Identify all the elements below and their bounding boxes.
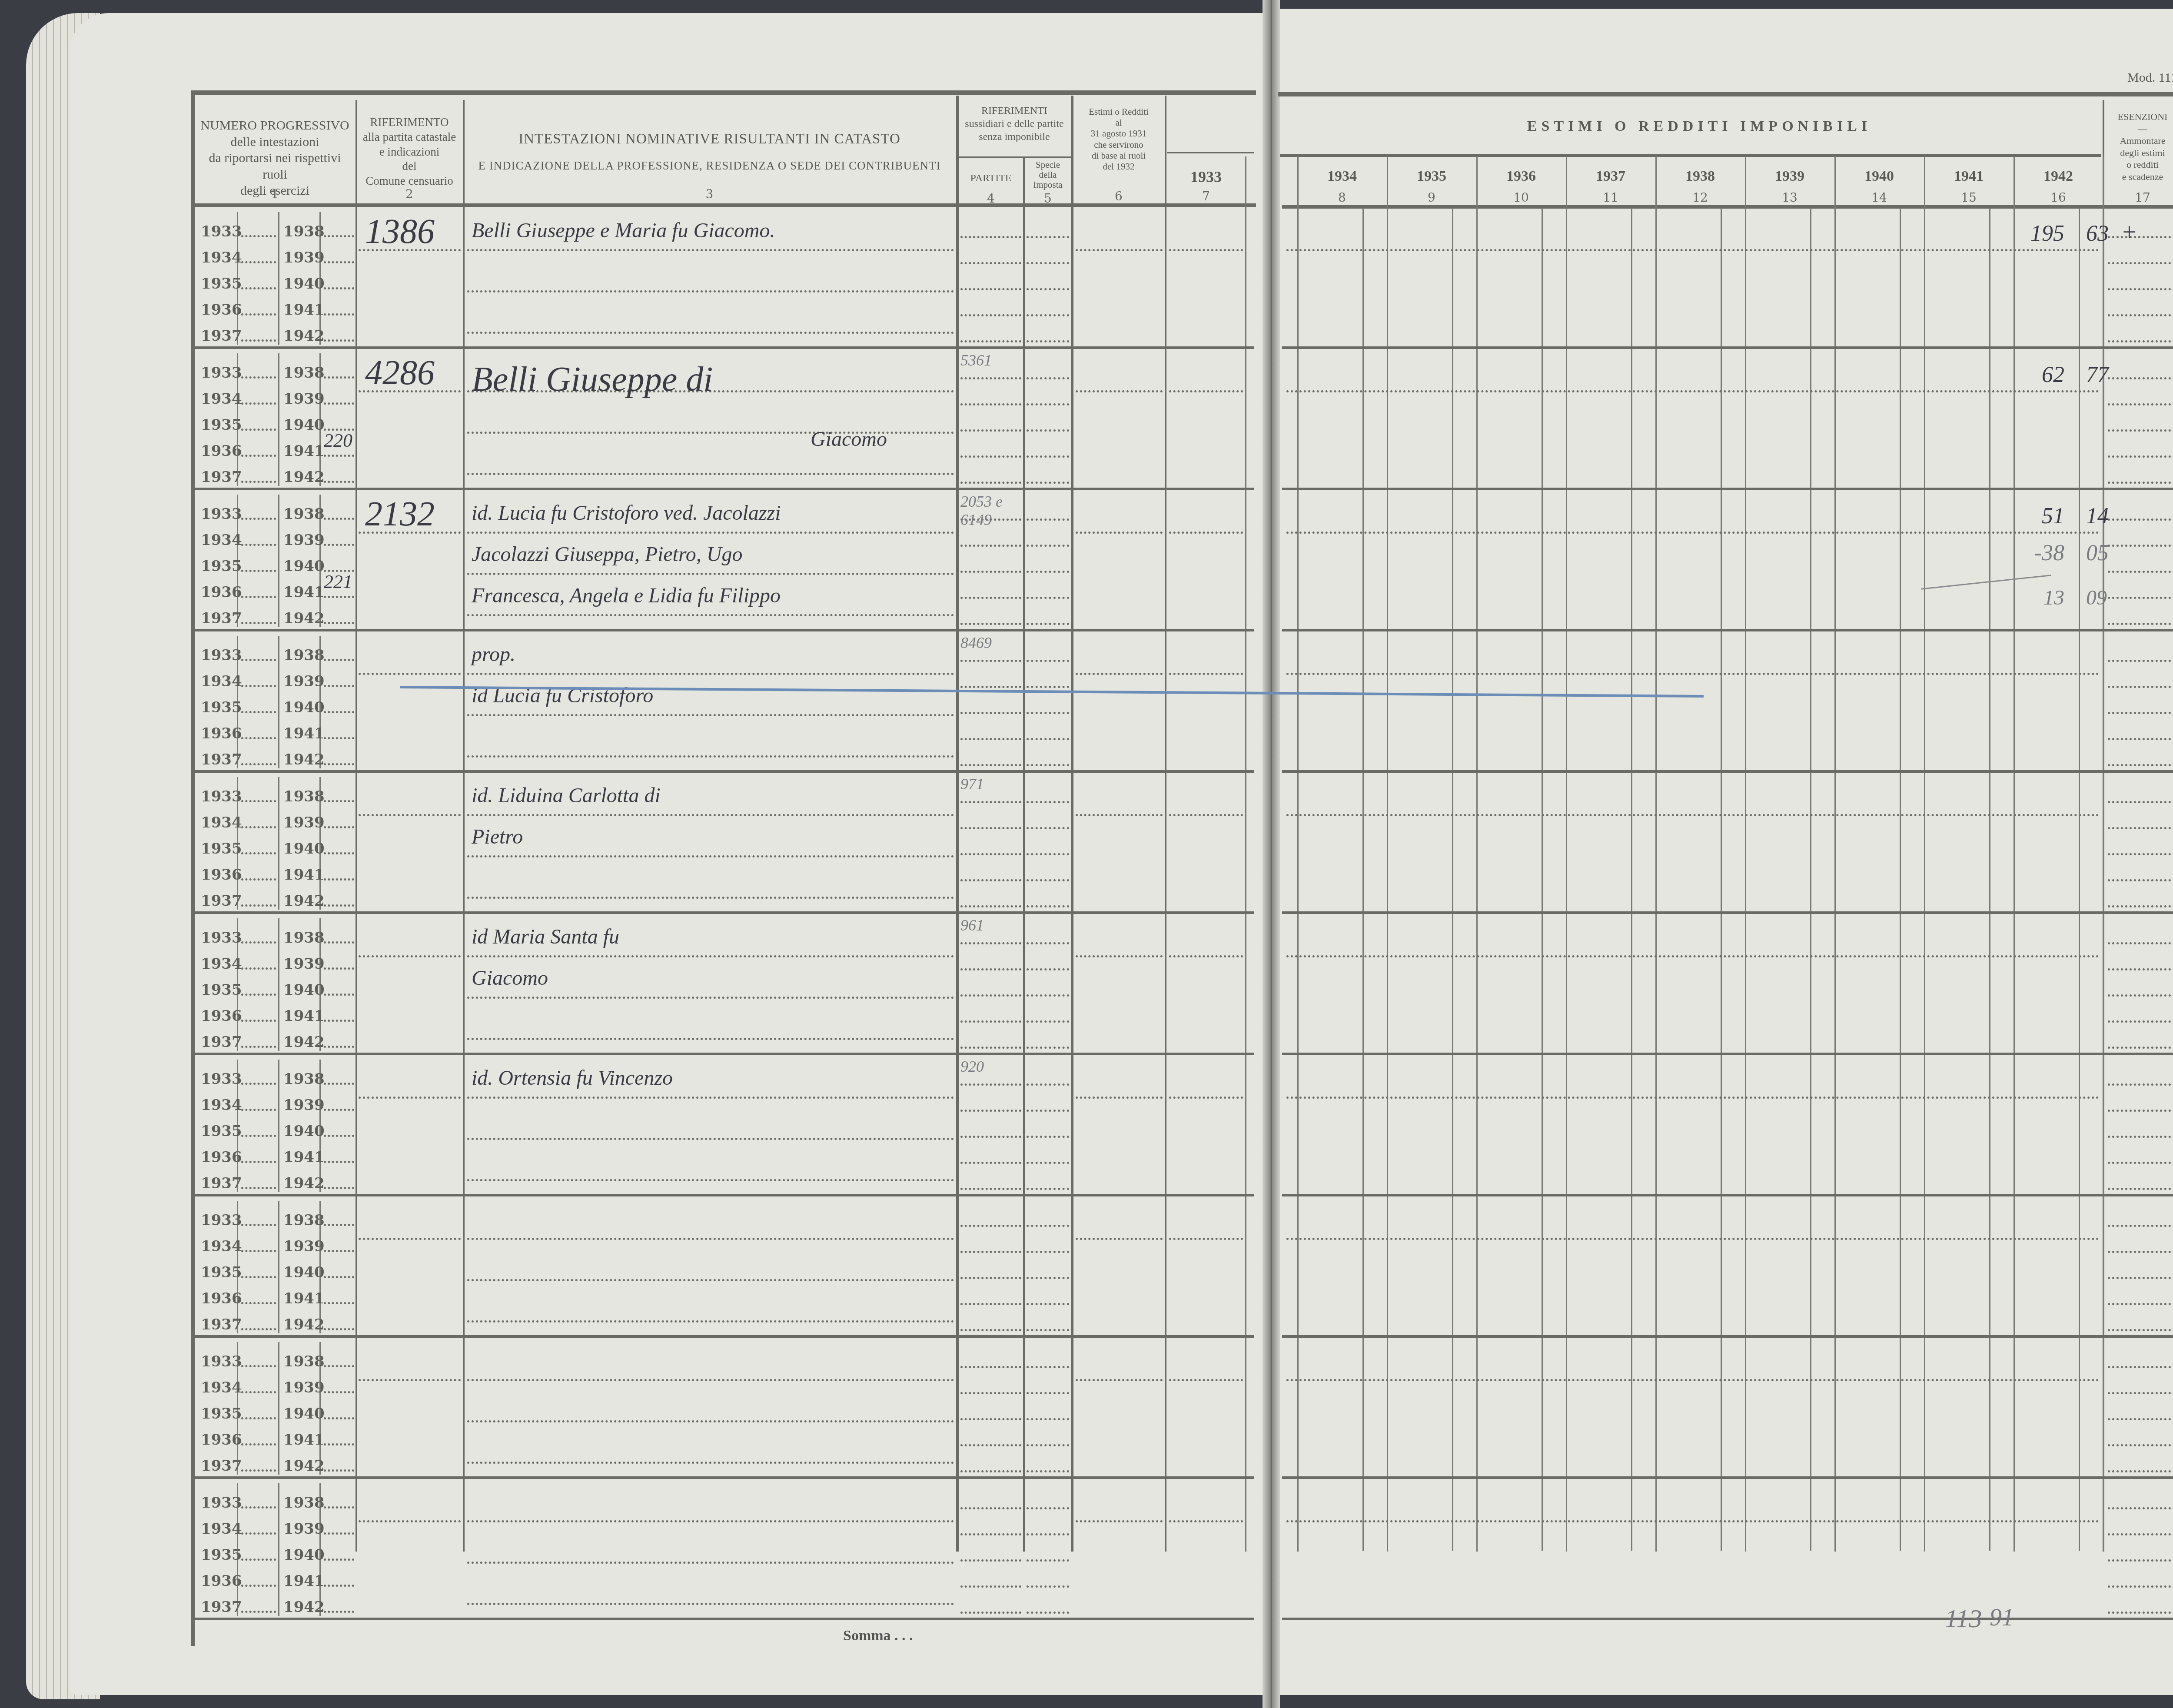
dotted-field [467, 290, 954, 292]
dotted-field [467, 1279, 954, 1281]
dotted-field [324, 287, 354, 289]
comune-reference: 220 [324, 429, 352, 452]
year-column-divider [1297, 156, 1299, 1552]
year-label: 1934 [201, 1379, 242, 1396]
intestazione-line: Jacolazzi Giuseppa, Pietro, Ugo [472, 542, 742, 566]
dotted-field [1286, 1097, 2099, 1099]
value-1941-total-cents: 09 [2086, 586, 2107, 610]
dotted-field [960, 1251, 1021, 1253]
year-label: 1936 [201, 1431, 242, 1449]
header-col2-line: del [357, 159, 462, 174]
dotted-field [241, 685, 276, 687]
dotted-field [2108, 571, 2173, 573]
year-column-divider [1655, 156, 1657, 1552]
dotted-field [1027, 660, 1069, 662]
dotted-field [960, 801, 1021, 803]
dotted-field [2108, 905, 2173, 907]
dotted-field [241, 518, 276, 520]
dotted-field [324, 1109, 354, 1111]
dotted-field [324, 313, 354, 316]
dotted-field [1027, 801, 1069, 803]
dotted-field [2108, 236, 2173, 238]
dotted-field [2108, 429, 2173, 432]
total-1941-cents: 91 [1990, 1604, 2014, 1632]
cents-divider [1362, 208, 1364, 1551]
year-label: 1936 [201, 866, 242, 884]
year-label: 1937 [201, 1457, 242, 1475]
dotted-field [960, 455, 1021, 458]
dotted-field [1027, 1585, 1069, 1588]
header-col1-line: da riportarsi nei rispettivi ruoli [196, 150, 354, 183]
column-number: 3 [465, 187, 954, 201]
year-label: 1936 [201, 725, 242, 742]
header-col6-line: 31 agosto 1931 [1073, 128, 1165, 139]
dotted-field [960, 262, 1021, 264]
dotted-field [1027, 571, 1069, 573]
dotted-field [324, 1046, 354, 1048]
dotted-field [2108, 1585, 2173, 1588]
dotted-field [1027, 545, 1069, 547]
divider-col4 [956, 96, 959, 1552]
dotted-field [1169, 249, 1243, 251]
dotted-field [2108, 994, 2173, 997]
year-label: 1934 [201, 249, 242, 266]
year-label: 1941 [283, 1290, 325, 1307]
column-number: 15 [1924, 190, 2014, 205]
column-number: 4 [958, 191, 1023, 206]
header-esenzioni-line: o redditi [2104, 159, 2173, 171]
dotted-field [960, 905, 1021, 907]
year-label: 1942 [283, 892, 325, 910]
dotted-field [241, 994, 276, 996]
year-label: 1942 [283, 1316, 325, 1333]
dotted-field [2108, 853, 2173, 855]
dotted-field [324, 339, 354, 342]
dotted-field [1076, 673, 1163, 675]
dotted-field [2108, 1559, 2173, 1562]
dotted-field [467, 249, 954, 251]
entry-bottom-border [1282, 1618, 2173, 1620]
dotted-field [960, 377, 1021, 379]
header-year-1938: 1938 [1655, 167, 1745, 186]
year-label: 1933 [201, 1212, 242, 1229]
entry-bottom-border [1282, 488, 2173, 490]
dotted-field [241, 570, 276, 572]
year-label: 1938 [283, 223, 325, 240]
header-year-1934: 1934 [1297, 167, 1387, 186]
year-label: 1937 [201, 751, 242, 768]
dotted-field [2108, 712, 2173, 714]
dotted-field [324, 1161, 354, 1163]
year-label: 1940 [283, 699, 325, 716]
dotted-field [359, 814, 461, 816]
year-label: 1939 [283, 390, 325, 408]
dotted-field [241, 1532, 276, 1535]
dotted-field [467, 1097, 954, 1099]
header-esenzioni: ESENZIONI — Ammontare degli estimi o red… [2104, 111, 2173, 183]
col1-divider [278, 918, 279, 1051]
dotted-field [241, 941, 276, 944]
dotted-field [324, 481, 354, 483]
dotted-field [2108, 1507, 2173, 1509]
intestazione-line: Belli Giuseppe di [472, 360, 713, 399]
year-label: 1942 [283, 751, 325, 768]
dotted-field [241, 904, 276, 907]
year-column-divider [1387, 156, 1388, 1552]
year-label: 1937 [201, 1598, 242, 1616]
entry-bottom-border [1282, 911, 2173, 914]
dotted-field [241, 711, 276, 713]
dotted-field [2108, 377, 2173, 379]
entry-bottom-border [1282, 1053, 2173, 1055]
column-number: 1 [196, 187, 354, 201]
dotted-field [2108, 1303, 2173, 1305]
dotted-field [1027, 994, 1069, 997]
year-label: 1934 [201, 390, 242, 408]
header-col6-line: al [1073, 117, 1165, 128]
intestazione-line: id. Lucia fu Cristoforo ved. Jacolazzi [472, 501, 781, 525]
dotted-field [2108, 1083, 2173, 1086]
intestazione-line: id Maria Santa fu [472, 925, 619, 949]
dotted-field [1027, 853, 1069, 855]
year-label: 1939 [283, 1379, 325, 1396]
header-col1-line: delle intestazioni [196, 134, 354, 150]
year-label: 1938 [283, 505, 325, 523]
dotted-field [960, 879, 1021, 881]
right-page [1276, 9, 2173, 1695]
dotted-field [2108, 827, 2173, 829]
dotted-field [1169, 1097, 1243, 1099]
year-label: 1933 [201, 364, 242, 382]
year-label: 1933 [201, 647, 242, 664]
dotted-field [1027, 1136, 1069, 1138]
dotted-field [1169, 390, 1243, 392]
entry-bottom-border [1282, 770, 2173, 773]
divider-col7-right [1245, 156, 1246, 1552]
year-label: 1936 [201, 1290, 242, 1307]
dotted-field [2108, 764, 2173, 766]
header-col2: RIFERIMENTO alla partita catastale e ind… [357, 115, 462, 189]
year-label: 1937 [201, 610, 242, 627]
dotted-field [241, 1506, 276, 1509]
dotted-field [960, 340, 1021, 342]
years-top-border [1280, 154, 2101, 157]
column-number: 17 [2104, 190, 2173, 205]
dotted-field [1027, 1418, 1069, 1420]
year-label: 1935 [201, 416, 242, 434]
dotted-field [2108, 1392, 2173, 1394]
year-label: 1941 [283, 584, 325, 601]
dotted-field [960, 1162, 1021, 1164]
intestazione-line: Belli Giuseppe e Maria fu Giacomo. [472, 219, 775, 243]
entry-bottom-border [193, 770, 1254, 773]
dotted-field [467, 332, 954, 334]
dotted-field [1169, 1379, 1243, 1381]
year-label: 1938 [283, 647, 325, 664]
dotted-field [324, 800, 354, 802]
somma-label: Somma . . . [843, 1628, 913, 1644]
dotted-field [324, 1443, 354, 1445]
dotted-field [359, 1238, 461, 1240]
dotted-field [241, 1417, 276, 1419]
dotted-field [241, 1365, 276, 1367]
cents-divider [1810, 208, 1811, 1551]
year-label: 1940 [283, 416, 325, 434]
year-label: 1941 [283, 301, 325, 319]
year-label: 1939 [283, 955, 325, 973]
year-label: 1933 [201, 1353, 242, 1370]
intestazione-line: prop. [472, 642, 515, 666]
dotted-field [1286, 1379, 2099, 1381]
dotted-field [2108, 1188, 2173, 1190]
dotted-field [1027, 1329, 1069, 1331]
right-table-top-border [1278, 92, 2173, 96]
year-label: 1937 [201, 1316, 242, 1333]
year-label: 1940 [283, 1123, 325, 1140]
year-label: 1934 [201, 1097, 242, 1114]
dotted-field [1027, 455, 1069, 458]
dotted-field [960, 1136, 1021, 1138]
dotted-field [2108, 1162, 2173, 1164]
dotted-field [324, 711, 354, 713]
dotted-field [960, 1225, 1021, 1227]
dotted-field [1027, 1444, 1069, 1446]
value-1941-sub: -38 [2008, 540, 2064, 566]
dotted-field [1027, 597, 1069, 599]
dotted-field [467, 714, 954, 716]
header-riferimenti-line: sussidiari e delle partite [958, 117, 1070, 130]
dotted-field [241, 481, 276, 483]
dotted-field [1027, 1277, 1069, 1279]
value-1941-total: 13 [2008, 586, 2064, 610]
cents-divider [1721, 208, 1722, 1551]
header-year-1936: 1936 [1476, 167, 1566, 186]
dotted-field [960, 1418, 1021, 1420]
year-label: 1934 [201, 1238, 242, 1255]
dotted-field [960, 1392, 1021, 1394]
dotted-field [1027, 1251, 1069, 1253]
year-label: 1933 [201, 1070, 242, 1088]
dotted-field [241, 622, 276, 624]
divider-col3 [463, 100, 465, 1552]
value-1941-cents: 63 [2086, 221, 2109, 246]
dotted-field [324, 596, 354, 598]
year-label: 1939 [283, 1520, 325, 1538]
header-year-1933: 1933 [1167, 167, 1245, 187]
year-label: 1936 [201, 584, 242, 601]
cents-divider [1989, 208, 1990, 1551]
dotted-field [241, 763, 276, 765]
dotted-field [960, 994, 1021, 997]
dotted-field [1169, 1520, 1243, 1522]
year-label: 1938 [283, 1070, 325, 1088]
column-number: 7 [1167, 189, 1245, 203]
dotted-field [324, 544, 354, 546]
dotted-field [467, 997, 954, 999]
year-label: 1939 [283, 532, 325, 549]
dotted-field [467, 532, 954, 534]
partita-number: 2132 [365, 495, 435, 534]
year-label: 1942 [283, 327, 325, 345]
col1-divider [278, 1483, 279, 1616]
dotted-field [1027, 968, 1069, 970]
year-label: 1934 [201, 532, 242, 549]
dotted-field [2108, 1329, 2173, 1331]
entry-bottom-border [193, 1335, 1254, 1338]
header-esenzioni-line: Ammontare [2104, 135, 2173, 147]
header-year-1942: 1942 [2014, 167, 2103, 186]
dotted-field [241, 1046, 276, 1048]
dotted-field [2108, 1251, 2173, 1253]
year-label: 1934 [201, 955, 242, 973]
dotted-field [241, 737, 276, 739]
dotted-field [324, 1585, 354, 1587]
dotted-field [960, 660, 1021, 662]
dotted-field [2108, 1470, 2173, 1472]
dotted-field [324, 261, 354, 263]
form-code: Mod. 111 - Imposte Dirette (Intercalare)… [2112, 70, 2173, 86]
year-label: 1934 [201, 673, 242, 690]
dotted-field [324, 1276, 354, 1278]
dotted-field [1027, 905, 1069, 907]
year-label: 1940 [283, 558, 325, 575]
year-label: 1940 [283, 1264, 325, 1281]
year-label: 1939 [283, 1097, 325, 1114]
entry-bottom-border [193, 1053, 1254, 1055]
year-label: 1941 [283, 1149, 325, 1166]
col1-divider [278, 353, 279, 486]
partita-number: 4286 [365, 353, 435, 393]
dotted-field [1027, 236, 1069, 238]
dotted-field [1286, 532, 2099, 534]
header-esenzioni-title: ESENZIONI [2104, 111, 2173, 123]
dotted-field [2108, 545, 2173, 547]
header-riferimenti-line: senza imponibile [958, 130, 1070, 143]
year-label: 1942 [283, 610, 325, 627]
year-label: 1940 [283, 981, 325, 999]
dotted-field [960, 1047, 1021, 1049]
dotted-field [1027, 686, 1069, 688]
entry-bottom-border [1282, 1194, 2173, 1196]
dotted-field [960, 764, 1021, 766]
dotted-field [324, 1532, 354, 1535]
cents-divider [1900, 208, 1901, 1551]
header-col5-line: Specie [1025, 160, 1071, 170]
dotted-field [241, 1611, 276, 1613]
dotted-field [960, 288, 1021, 290]
dotted-field [241, 313, 276, 316]
year-label: 1935 [201, 1405, 242, 1422]
dotted-field [324, 878, 354, 881]
dotted-field [2108, 1047, 2173, 1049]
dotted-field [960, 1585, 1021, 1588]
column-number: 13 [1745, 190, 1834, 205]
dotted-field [324, 1224, 354, 1226]
year-label: 1937 [201, 892, 242, 910]
entry-bottom-border [193, 1194, 1254, 1196]
dotted-field [324, 826, 354, 828]
dotted-field [2108, 1366, 2173, 1368]
dotted-field [241, 402, 276, 405]
dotted-field [960, 942, 1021, 944]
dotted-field [467, 897, 954, 899]
dotted-field [241, 852, 276, 854]
dotted-field [359, 673, 461, 675]
dotted-field [241, 1276, 276, 1278]
dotted-field [960, 545, 1021, 547]
dotted-field [960, 236, 1021, 238]
entry-bottom-border [193, 488, 1254, 490]
dotted-field [1076, 955, 1163, 957]
year-label: 1942 [283, 1033, 325, 1051]
dotted-field [467, 1179, 954, 1181]
dotted-field [1076, 1097, 1163, 1099]
dotted-field [1076, 1520, 1163, 1522]
dotted-field [1169, 1238, 1243, 1240]
entry-bottom-border [193, 911, 1254, 914]
dotted-field [241, 1135, 276, 1137]
dotted-field [960, 1329, 1021, 1331]
dotted-field [960, 314, 1021, 316]
dotted-field [960, 1444, 1021, 1446]
header-col6: Estimi o Redditi al 31 agosto 1931 che s… [1073, 106, 1165, 172]
dotted-field [2108, 314, 2173, 316]
header-estimi-group: ESTIMI O REDDITI IMPONIBILI [1299, 117, 2099, 136]
dotted-field [1076, 390, 1163, 392]
intestazione-line: id. Ortensia fu Vincenzo [472, 1066, 673, 1090]
dotted-field [241, 800, 276, 802]
dotted-field [1286, 249, 2099, 251]
year-label: 1940 [283, 1546, 325, 1564]
dotted-field [960, 1083, 1021, 1086]
dotted-field [241, 1558, 276, 1561]
year-label: 1938 [283, 788, 325, 805]
dotted-field [324, 941, 354, 944]
dotted-field [960, 429, 1021, 432]
column-number: 9 [1387, 190, 1476, 205]
year-column-divider [1834, 156, 1836, 1552]
cents-divider [1452, 208, 1453, 1551]
year-label: 1941 [283, 442, 325, 460]
header-riferimenti-title: RIFERIMENTI [958, 104, 1070, 117]
dotted-field [241, 429, 276, 431]
left-table-top-border [191, 90, 1256, 95]
year-label: 1936 [201, 1007, 242, 1025]
dotted-field [1027, 827, 1069, 829]
year-label: 1941 [283, 1431, 325, 1449]
dotted-field [1027, 1047, 1069, 1049]
dotted-field [324, 376, 354, 379]
year-label: 1937 [201, 327, 242, 345]
year-column-divider [1476, 156, 1478, 1552]
dotted-field [324, 1391, 354, 1393]
dotted-field [2108, 1225, 2173, 1227]
dotted-field [324, 1187, 354, 1189]
dotted-field [324, 685, 354, 687]
dotted-field [1286, 814, 2099, 816]
col1-divider [278, 636, 279, 768]
dotted-field [1027, 429, 1069, 432]
dotted-field [2108, 879, 2173, 881]
dotted-field [467, 1420, 954, 1422]
header-year-1935: 1935 [1387, 167, 1476, 186]
year-label: 1938 [283, 1353, 325, 1370]
dotted-field [1286, 1238, 2099, 1240]
comune-reference: 221 [324, 571, 352, 593]
column-number: 11 [1566, 190, 1655, 205]
dotted-field [960, 1020, 1021, 1023]
year-label: 1935 [201, 840, 242, 857]
